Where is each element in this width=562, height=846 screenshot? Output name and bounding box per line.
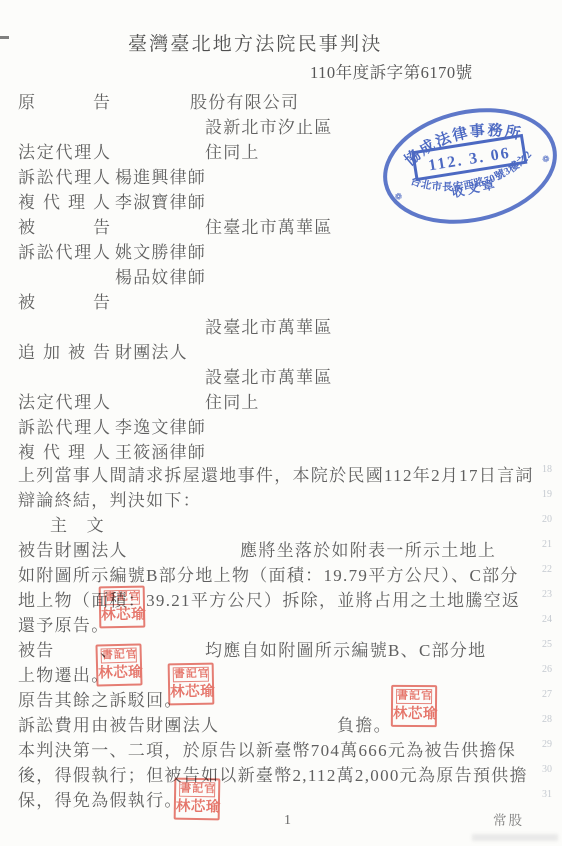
clerk-seal-stamp: 書記官林芯瑜: [95, 643, 142, 686]
party-row-address: 設臺北市萬華區: [18, 313, 332, 335]
party-value: 李淑寶律師: [115, 188, 206, 213]
party-value: 設臺北市萬華區: [205, 363, 332, 388]
clerk-seal-stamp: 書記官林芯瑜: [391, 685, 437, 727]
preamble-line: 上列當事人間請求拆屋還地事件，本院於民國112年2月17日言詞: [18, 461, 554, 486]
margin-line-number: 20: [542, 514, 552, 525]
scan-artifact: [472, 834, 558, 841]
clerk-seal-title: 書記官: [179, 782, 215, 798]
clerk-seal-name: 林芯瑜: [101, 607, 143, 625]
page-number: 1: [284, 813, 291, 829]
party-row-attorney: 訴訟代理人楊進興律師: [18, 163, 206, 185]
party-label: 訴訟代理人: [18, 238, 110, 263]
party-row-defendant: 被告住臺北市萬華區: [18, 213, 332, 235]
party-row-plaintiff: 原告股份有限公司: [18, 88, 299, 110]
party-value: 住同上: [205, 388, 260, 413]
margin-line-number: 29: [542, 739, 552, 750]
clerk-seal-stamp: 書記官林芯瑜: [174, 778, 221, 821]
judgment-line: 後，得假執行；但被告如以新臺幣2,112萬2,000元為原告預供擔: [18, 761, 554, 786]
party-row-address: 設新北市汐止區: [18, 113, 332, 135]
party-label: 複代理人: [18, 438, 110, 463]
rosette-icon: ❁: [394, 191, 404, 202]
clerk-seal-title: 書記官: [396, 689, 432, 704]
clerk-seal-stamp: 書記官林芯瑜: [168, 663, 215, 706]
case-number: 110年度訴字第6170號: [310, 59, 473, 83]
party-row-added-defendant: 追加被告財團法人: [18, 338, 188, 360]
court-division-label: 常股: [493, 809, 524, 829]
margin-line-number: 26: [542, 664, 552, 675]
judgment-text: 訴訟費用由被告財團法人: [18, 711, 219, 736]
party-label: 被告: [18, 213, 110, 238]
clerk-seal-name: 林芯瑜: [170, 684, 212, 702]
party-row-attorney: 楊品妏律師: [18, 263, 206, 285]
clerk-seal-title: 書記官: [173, 667, 209, 683]
margin-line-number: 24: [542, 614, 552, 625]
judgment-line: 本判決第一、二項，於原告以新臺幣704萬666元為被告供擔保: [18, 736, 554, 761]
party-value: 李逸文律師: [115, 413, 206, 438]
margin-line-number: 22: [542, 564, 552, 575]
party-label: 法定代理人: [18, 138, 110, 163]
party-label: 法定代理人: [18, 388, 110, 413]
party-value: 設新北市汐止區: [205, 113, 332, 138]
law-firm-receipt-stamp: 協成法律事務所 台北市長安西路70號3樓之2 112. 3. 06 收文章 ❁ …: [368, 88, 562, 244]
party-row-attorney: 訴訟代理人姚文勝律師: [18, 238, 206, 260]
court-title: 臺灣臺北地方法院民事判決: [128, 29, 382, 56]
scan-artifact: [0, 36, 9, 39]
party-value: 財團法人: [115, 338, 188, 363]
judgment-line: 如附圖所示編號B部分地上物（面積：19.79平方公尺）、C部分: [18, 561, 554, 586]
party-value: 姚文勝律師: [115, 238, 206, 263]
party-value: 住同上: [205, 138, 260, 163]
party-row-sub-attorney: 複代理人李淑寶律師: [18, 188, 206, 210]
margin-line-number: 25: [542, 639, 552, 650]
party-row-attorney: 訴訟代理人李逸文律師: [18, 413, 206, 435]
judgment-line: 原告其餘之訴駁回。: [18, 686, 554, 711]
clerk-seal-stamp: 書記官林芯瑜: [99, 586, 146, 629]
judgment-text: 負擔。: [337, 711, 392, 736]
clerk-seal-name: 林芯瑜: [176, 799, 218, 817]
party-row-address: 設臺北市萬華區: [18, 363, 332, 385]
clerk-seal-title: 書記官: [104, 590, 140, 606]
judgment-document-page: 臺灣臺北地方法院民事判決 110年度訴字第6170號 原告股份有限公司 設新北市…: [0, 0, 562, 846]
party-label: 原告: [18, 88, 110, 113]
margin-line-number: 19: [542, 489, 552, 500]
party-row-legal-rep: 法定代理人住同上: [18, 388, 260, 410]
party-label: 複代理人: [18, 188, 110, 213]
section-heading-main-text: 主 文: [50, 511, 562, 536]
party-row-legal-rep: 法定代理人住同上: [18, 138, 260, 160]
party-value: 楊進興律師: [115, 163, 206, 188]
preamble-line: 辯論終結，判決如下：: [18, 486, 554, 511]
clerk-seal-name: 林芯瑜: [393, 706, 435, 723]
judgment-text: 應將坐落於如附表一所示土地上: [240, 536, 496, 561]
party-value: 設臺北市萬華區: [205, 313, 332, 338]
margin-line-number: 18: [542, 464, 552, 475]
judgment-line: 保，得免為假執行。: [18, 786, 554, 811]
margin-line-number: 27: [542, 689, 552, 700]
clerk-seal-name: 林芯瑜: [98, 664, 140, 682]
party-label: 訴訟代理人: [18, 413, 110, 438]
party-label: 訴訟代理人: [18, 163, 110, 188]
party-row-defendant: 被告: [18, 288, 110, 310]
party-value: 住臺北市萬華區: [205, 213, 332, 238]
party-row-sub-attorney: 複代理人王筱涵律師: [18, 438, 206, 460]
party-value: 王筱涵律師: [115, 438, 206, 463]
party-label: 追加被告: [18, 338, 110, 363]
party-value: 楊品妏律師: [115, 263, 206, 288]
receipt-stamp-graphic: 協成法律事務所 台北市長安西路70號3樓之2 112. 3. 06 收文章 ❁ …: [368, 88, 562, 244]
rosette-icon: ❁: [541, 153, 551, 164]
margin-line-number: 23: [542, 589, 552, 600]
margin-line-number: 30: [542, 764, 552, 775]
judgment-text: 均應自如附圖所示編號B、C部分地: [205, 636, 486, 661]
margin-line-number: 28: [542, 714, 552, 725]
party-label: 被告: [18, 288, 110, 313]
judgment-text: 被告財團法人: [18, 536, 128, 561]
clerk-seal-title: 書記官: [101, 648, 137, 664]
party-value: 股份有限公司: [190, 88, 299, 113]
margin-line-number: 21: [542, 539, 552, 550]
margin-line-number: 31: [542, 789, 552, 800]
judgment-text: 被告: [18, 636, 55, 661]
